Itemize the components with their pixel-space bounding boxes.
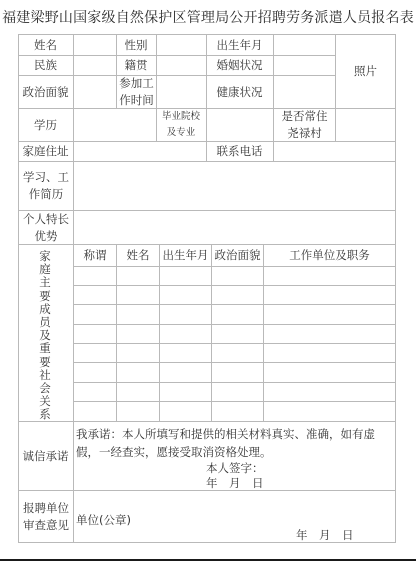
family-col-birth: 出生年月: [160, 245, 211, 266]
marital-label: 婚姻状况: [206, 56, 273, 75]
review-date[interactable]: 年 月 日: [296, 527, 354, 543]
family-col-relation: 称谓: [74, 245, 116, 266]
education-input[interactable]: [74, 109, 156, 141]
family-section-label-text: 家庭主要成员及重要社会关系: [39, 250, 51, 422]
political-input[interactable]: [74, 76, 116, 108]
name-input[interactable]: [74, 35, 116, 55]
family-col-work: 工作单位及职务: [264, 245, 395, 266]
table-row[interactable]: [74, 305, 395, 324]
phone-input[interactable]: [274, 142, 395, 161]
political-label: 政治面貌: [18, 76, 73, 108]
school-major-label: 毕业院校及专业: [157, 109, 205, 141]
work-start-label: 参加工作时间: [118, 76, 155, 108]
photo-box[interactable]: 照片: [336, 35, 395, 108]
form-title: 福建梁野山国家级自然保护区管理局公开招聘劳务派遣人员报名表: [0, 7, 416, 27]
address-label: 家庭住址: [18, 142, 73, 161]
marital-input[interactable]: [274, 56, 335, 75]
table-row[interactable]: [74, 286, 395, 304]
native-place-input[interactable]: [157, 56, 206, 75]
table-row[interactable]: [74, 402, 395, 421]
table-row[interactable]: [74, 267, 395, 285]
signature-label: 本人签字：: [206, 460, 264, 476]
gender-input[interactable]: [157, 35, 206, 55]
table-row[interactable]: [74, 363, 395, 382]
review-label: 报聘单位审查意见: [21, 491, 71, 542]
family-col-name: 姓名: [117, 245, 159, 266]
ethnicity-label: 民族: [18, 56, 73, 75]
pledge-label: 诚信承诺: [18, 422, 73, 490]
ethnicity-input[interactable]: [74, 56, 116, 75]
gender-label: 性别: [116, 35, 156, 55]
bottom-divider: [0, 559, 416, 561]
address-input[interactable]: [74, 142, 206, 161]
resident-input[interactable]: [336, 109, 395, 141]
pledge-text: 我承诺：本人所填写和提供的相关材料真实、准确，如有虚假，一经查实，愿接受取消资格…: [76, 425, 394, 461]
review-stamp-label: 单位(公章): [76, 512, 131, 528]
native-place-label: 籍贯: [116, 56, 156, 75]
row-line: [18, 421, 396, 422]
table-row[interactable]: [74, 383, 395, 401]
specialty-input[interactable]: [74, 211, 395, 244]
health-input[interactable]: [274, 76, 335, 108]
school-major-input[interactable]: [207, 109, 273, 141]
resume-input[interactable]: [74, 162, 395, 210]
resume-label: 学习、工作简历: [21, 162, 71, 210]
birth-label: 出生年月: [206, 35, 273, 55]
table-border-right: [395, 34, 396, 543]
resident-label: 是否常住尧禄村: [281, 109, 328, 141]
name-label: 姓名: [18, 35, 73, 55]
phone-label: 联系电话: [206, 142, 273, 161]
specialty-label: 个人特长优势: [21, 211, 71, 244]
family-col-political: 政治面貌: [212, 245, 263, 266]
education-label: 学历: [18, 109, 73, 141]
birth-input[interactable]: [274, 35, 335, 55]
health-label: 健康状况: [206, 76, 273, 108]
work-start-input[interactable]: [157, 76, 206, 108]
table-row[interactable]: [74, 325, 395, 343]
table-row[interactable]: [74, 344, 395, 362]
family-section-label: 家庭主要成员及重要社会关系: [37, 250, 53, 415]
pledge-date[interactable]: 年 月 日: [206, 475, 264, 491]
